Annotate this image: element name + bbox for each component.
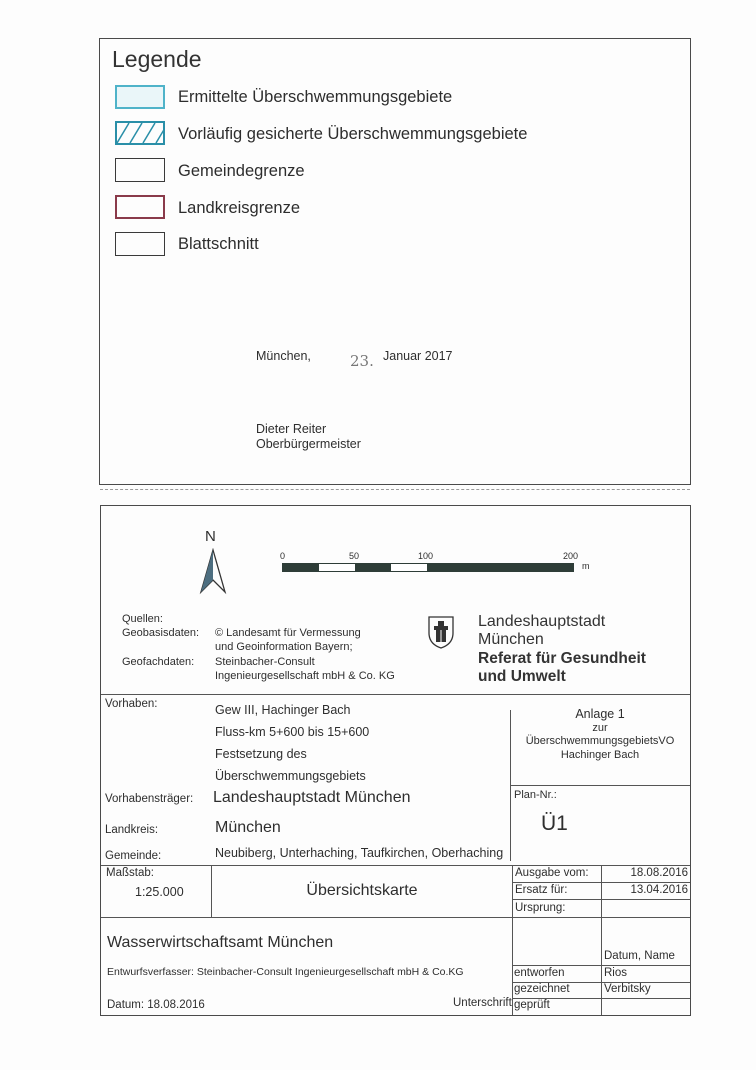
grid-line [601, 865, 602, 1015]
legend-item-label: Landkreisgrenze [178, 199, 300, 218]
scale-tick-200: 200 [563, 551, 578, 561]
landkreis-label: Landkreis: [105, 824, 158, 836]
signature-date: Januar 2017 [383, 349, 453, 363]
authority-line2: München [478, 631, 544, 649]
plan-number: Ü1 [541, 812, 568, 836]
hatch-pattern [117, 123, 163, 143]
legend-item-label: Ermittelte Überschwemmungsgebiete [178, 88, 452, 107]
legend-title: Legende [112, 46, 202, 73]
signer-name: Dieter Reiter [256, 422, 326, 436]
geofach-value: Steinbacher-Consult [215, 656, 315, 668]
north-label: N [205, 528, 216, 545]
signature-day-handwritten: 23. [350, 352, 374, 370]
anlage-line: ÜberschwemmungsgebietsVO [510, 735, 690, 747]
gemeinde-value: Neubiberg, Unterhaching, Taufkirchen, Ob… [215, 846, 503, 860]
dark-outline-swatch-icon [115, 158, 165, 182]
munich-coat-of-arms-icon [427, 615, 455, 649]
grid-line [510, 785, 690, 786]
ersatz-label: Ersatz für: [515, 884, 567, 896]
legend-item-label: Gemeindegrenze [178, 162, 305, 181]
datum: Datum: 18.08.2016 [107, 999, 205, 1011]
grid-line [101, 917, 690, 918]
entworfen-value: Rios [604, 967, 627, 979]
geobasis-label: Geobasisdaten: [122, 627, 199, 639]
geprueft-label: geprüft [514, 999, 550, 1011]
ersatz-value: 13.04.2016 [630, 884, 688, 896]
divider [100, 489, 690, 490]
traeger-value: Landeshauptstadt München [213, 789, 410, 807]
ursprung-label: Ursprung: [515, 902, 566, 914]
scale-tick-50: 50 [349, 551, 359, 561]
vorhaben-line: Fluss-km 5+600 bis 15+600 [215, 725, 369, 739]
landkreis-value: München [215, 819, 281, 837]
legend-item-label: Blattschnitt [178, 235, 259, 254]
ausgabe-value: 18.08.2016 [630, 867, 688, 879]
anlage-line: zur [510, 722, 690, 734]
grid-line [512, 882, 690, 883]
gezeichnet-value: Verbitsky [604, 983, 651, 995]
scale-bar [282, 563, 574, 572]
authority-line1: Landeshauptstadt [478, 613, 605, 631]
legend-item-label: Vorläufig gesicherte Überschwemmungsgebi… [178, 125, 527, 144]
unterschrift-label: Unterschrift [453, 997, 512, 1009]
gezeichnet-label: gezeichnet [514, 983, 570, 995]
grid-line [512, 865, 513, 1015]
sources-heading: Quellen: [122, 613, 163, 625]
vorhaben-label: Vorhaben: [105, 698, 157, 710]
maroon-outline-swatch-icon [115, 195, 165, 219]
blue-hatched-swatch-icon [115, 121, 165, 145]
vorhaben-line: Überschwemmungsgebiets [215, 769, 366, 783]
geofach-label: Geofachdaten: [122, 656, 194, 668]
signer-role: Oberbürgermeister [256, 437, 361, 451]
geobasis-value-2: und Geoinformation Bayern; [215, 641, 353, 653]
vorhaben-line: Gew III, Hachinger Bach [215, 703, 350, 717]
authority-line3: Referat für Gesundheit [478, 650, 646, 668]
scale-tick-100: 100 [418, 551, 433, 561]
scale-tick-0: 0 [280, 551, 285, 561]
entwurfsverfasser: Entwurfsverfasser: Steinbacher-Consult I… [107, 966, 464, 978]
anlage-line: Hachinger Bach [510, 749, 690, 761]
signature-place: München, [256, 349, 311, 363]
map-title: Übersichtskarte [212, 882, 512, 900]
plan-label: Plan-Nr.: [514, 789, 557, 801]
grid-line [512, 899, 690, 900]
scale-unit: m [582, 561, 590, 571]
anlage-line: Anlage 1 [510, 707, 690, 721]
north-arrow-icon [199, 548, 229, 596]
office-name: Wasserwirtschaftsamt München [107, 934, 333, 952]
entworfen-label: entworfen [514, 967, 565, 979]
authority-line4: und Umwelt [478, 668, 566, 686]
grid-line [512, 965, 690, 966]
massstab-label: Maßstab: [106, 867, 154, 879]
grid-line [101, 694, 690, 695]
vorhaben-line: Festsetzung des [215, 747, 307, 761]
light-blue-fill-swatch-icon [115, 85, 165, 109]
traeger-label: Vorhabensträger: [105, 793, 193, 805]
ausgabe-label: Ausgabe vom: [515, 867, 589, 879]
geobasis-value: © Landesamt für Vermessung [215, 627, 361, 639]
gemeinde-label: Gemeinde: [105, 850, 161, 862]
geofach-value-2: Ingenieurgesellschaft mbH & Co. KG [215, 670, 395, 682]
massstab-value: 1:25.000 [135, 885, 184, 899]
datum-name-header: Datum, Name [604, 950, 675, 962]
thin-outline-swatch-icon [115, 232, 165, 256]
